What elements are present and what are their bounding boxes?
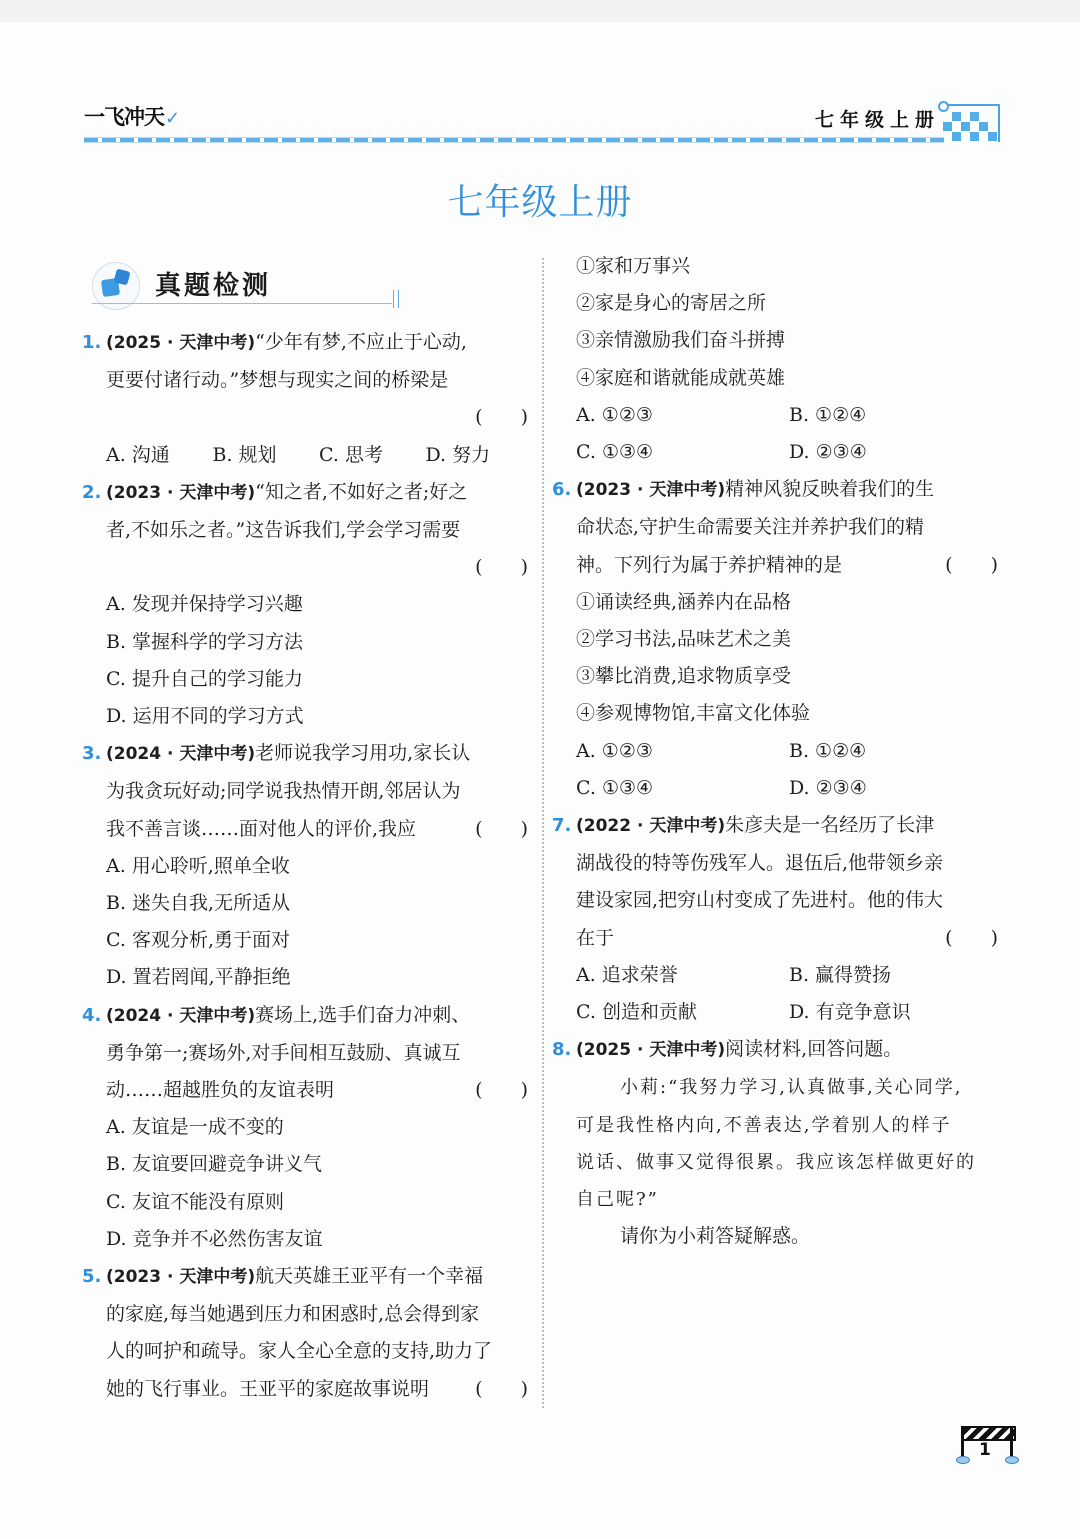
answer-blank[interactable]: ( ) (945, 547, 1002, 584)
answer-blank[interactable]: ( ) (475, 1072, 532, 1109)
question-number: 5. (82, 1258, 106, 1295)
page-number: 1 (979, 1440, 991, 1460)
column-divider (542, 258, 544, 1408)
option-a[interactable]: A. 追求荣誉 (576, 957, 789, 994)
answer-blank[interactable]: ( ) (475, 1371, 532, 1408)
option-c[interactable]: C. 提升自己的学习能力 (82, 661, 532, 698)
options: A. 沟通 B. 规划 C. 思考 D. 努力 (82, 437, 532, 474)
question-line: 建设家园,把穷山村变成了先进村。他的伟大 (552, 882, 1002, 919)
question-number: 6. (552, 471, 576, 508)
section-title: 真题检测 (155, 265, 271, 302)
question-number: 4. (82, 997, 106, 1034)
answer-blank[interactable]: ( ) (82, 549, 532, 586)
question-5-continued: ①家和万事兴 ②家是身心的寄居之所 ③亲情激励我们奋斗拼搏 ④家庭和谐就能成就英… (552, 248, 1002, 471)
question-number: 3. (82, 735, 106, 772)
question-2: 2.(2023 · 天津中考)“知之者,不如好之者;好之 者,不如乐之者。”这告… (82, 474, 532, 735)
question-line: 动……超越胜负的友谊表明( ) (82, 1072, 532, 1109)
material-line: 说话、做事又觉得很累。我应该怎样做更好的 (552, 1144, 1002, 1181)
statement-1: ①诵读经典,涵养内在品格 (552, 584, 1002, 621)
question-line: 更要付诸行动。”梦想与现实之间的桥梁是 (82, 362, 532, 399)
option-b[interactable]: B. 赢得赞扬 (789, 957, 1002, 994)
question-source: (2023 · 天津中考) (106, 483, 255, 503)
statement-2: ②家是身心的寄居之所 (552, 285, 1002, 322)
left-column: 1.(2025 · 天津中考)“少年有梦,不应止于心动, 更要付诸行动。”梦想与… (82, 324, 532, 1408)
question-line: 她的飞行事业。王亚平的家庭故事说明( ) (82, 1371, 532, 1408)
question-line: 命状态,守护生命需要关注并养护我们的精 (552, 509, 1002, 546)
brand-logo: 一飞冲天✓ (84, 101, 179, 131)
question-line: 为我贪玩好动;同学说我热情开朗,邻居认为 (82, 773, 532, 810)
option-d[interactable]: D. 置若罔闻,平静拒绝 (82, 959, 532, 996)
question-source: (2024 · 天津中考) (106, 744, 255, 764)
option-d[interactable]: D. 运用不同的学习方式 (82, 698, 532, 735)
statement-2: ②学习书法,品味艺术之美 (552, 621, 1002, 658)
option-b[interactable]: B. ①②④ (789, 397, 1002, 434)
question-line: 的家庭,每当她遇到压力和困惑时,总会得到家 (82, 1296, 532, 1333)
option-a[interactable]: A. ①②③ (576, 397, 789, 434)
question-number: 8. (552, 1031, 576, 1068)
option-c[interactable]: C. 思考 (319, 437, 426, 474)
question-line: 湖战役的特等伤残军人。退伍后,他带领乡亲 (552, 845, 1002, 882)
question-5: 5.(2023 · 天津中考)航天英雄王亚平有一个幸福 的家庭,每当她遇到压力和… (82, 1258, 532, 1408)
option-a[interactable]: A. 友谊是一成不变的 (82, 1109, 532, 1146)
statement-4: ④家庭和谐就能成就英雄 (552, 360, 1002, 397)
checkmark-icon: ✓ (165, 108, 179, 129)
material-line: 小莉:“我努力学习,认真做事,关心同学, (552, 1069, 1002, 1106)
statement-1: ①家和万事兴 (552, 248, 1002, 285)
option-c[interactable]: C. 创造和贡献 (576, 994, 789, 1031)
material-line: 自己呢?” (552, 1181, 1002, 1218)
option-a[interactable]: A. 发现并保持学习兴趣 (82, 586, 532, 623)
question-line: 勇争第一;赛场外,对手间相互鼓励、真诚互 (82, 1035, 532, 1072)
question-number: 7. (552, 807, 576, 844)
option-c[interactable]: C. ①③④ (576, 770, 789, 807)
question-line: 在于( ) (552, 920, 1002, 957)
option-b[interactable]: B. ①②④ (789, 733, 1002, 770)
option-d[interactable]: D. ②③④ (789, 770, 1002, 807)
question-prompt: 请你为小莉答疑解惑。 (552, 1218, 1002, 1255)
option-b[interactable]: B. 迷失自我,无所适从 (82, 885, 532, 922)
option-c[interactable]: C. 客观分析,勇于面对 (82, 922, 532, 959)
statement-3: ③亲情激励我们奋斗拼搏 (552, 322, 1002, 359)
option-a[interactable]: A. 沟通 (106, 437, 213, 474)
option-b[interactable]: B. 友谊要回避竞争讲义气 (82, 1146, 532, 1183)
option-d[interactable]: D. ②③④ (789, 434, 1002, 471)
question-number: 1. (82, 324, 106, 361)
checker-pattern-icon (944, 104, 1000, 142)
material-line: 可是我性格内向,不善表达,学着别人的样子 (552, 1107, 1002, 1144)
answer-blank[interactable]: ( ) (475, 811, 532, 848)
question-4: 4.(2024 · 天津中考)赛场上,选手们奋力冲刺、 勇争第一;赛场外,对手间… (82, 997, 532, 1258)
header-dashed-rule (84, 137, 944, 143)
option-c[interactable]: C. ①③④ (576, 434, 789, 471)
question-number: 2. (82, 474, 106, 511)
option-d[interactable]: D. 竞争并不必然伤害友谊 (82, 1221, 532, 1258)
option-a[interactable]: A. ①②③ (576, 733, 789, 770)
option-b[interactable]: B. 掌握科学的学习方法 (82, 624, 532, 661)
answer-blank[interactable]: ( ) (82, 399, 532, 436)
question-7: 7.(2022 · 天津中考)朱彦夫是一名经历了长津 湖战役的特等伤残军人。退伍… (552, 807, 1002, 1031)
question-line: 者,不如乐之者。”这告诉我们,学会学习需要 (82, 512, 532, 549)
question-8: 8.(2025 · 天津中考)阅读材料,回答问题。 小莉:“我努力学习,认真做事… (552, 1031, 1002, 1255)
question-source: (2025 · 天津中考) (576, 1040, 725, 1060)
question-source: (2023 · 天津中考) (576, 480, 725, 500)
section-underline-end (393, 290, 399, 308)
question-line: 我不善言谈……面对他人的评价,我应( ) (82, 811, 532, 848)
scan-top-band (0, 0, 1080, 22)
question-3: 3.(2024 · 天津中考)老师说我学习用功,家长认 为我贪玩好动;同学说我热… (82, 735, 532, 996)
question-line: 神。下列行为属于养护精神的是( ) (552, 547, 1002, 584)
page-title: 七年级上册 (0, 174, 1080, 225)
section-underline (92, 303, 392, 304)
question-source: (2023 · 天津中考) (106, 1267, 255, 1287)
question-source: (2022 · 天津中考) (576, 816, 725, 836)
right-column: ①家和万事兴 ②家是身心的寄居之所 ③亲情激励我们奋斗拼搏 ④家庭和谐就能成就英… (552, 248, 1002, 1255)
question-line: 人的呵护和疏导。家人全心全意的支持,助力了 (82, 1333, 532, 1370)
option-c[interactable]: C. 友谊不能没有原则 (82, 1184, 532, 1221)
statement-4: ④参观博物馆,丰富文化体验 (552, 695, 1002, 732)
option-d[interactable]: D. 努力 (426, 437, 533, 474)
grade-label: 七年级上册 (815, 105, 940, 132)
question-source: (2024 · 天津中考) (106, 1006, 255, 1026)
answer-blank[interactable]: ( ) (945, 920, 1002, 957)
statement-3: ③攀比消费,追求物质享受 (552, 658, 1002, 695)
option-b[interactable]: B. 规划 (213, 437, 320, 474)
question-source: (2025 · 天津中考) (106, 333, 255, 353)
option-d[interactable]: D. 有竞争意识 (789, 994, 1002, 1031)
question-1: 1.(2025 · 天津中考)“少年有梦,不应止于心动, 更要付诸行动。”梦想与… (82, 324, 532, 474)
option-a[interactable]: A. 用心聆听,照单全收 (82, 848, 532, 885)
question-6: 6.(2023 · 天津中考)精神风貌反映着我们的生 命状态,守护生命需要关注并… (552, 471, 1002, 807)
